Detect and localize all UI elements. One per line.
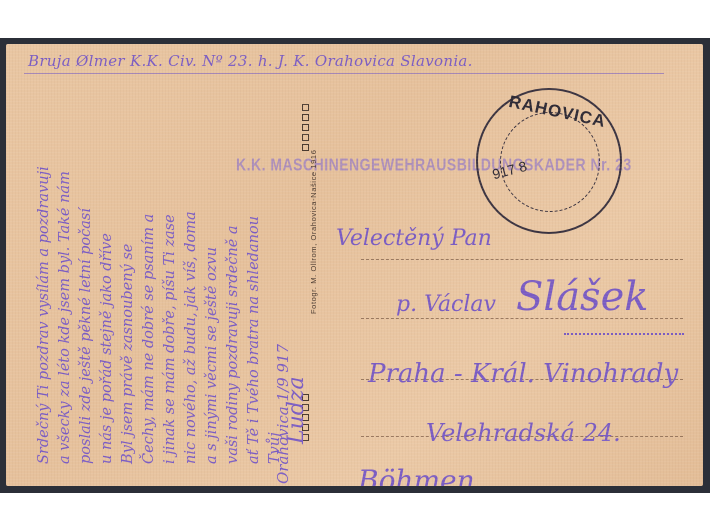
address-street: Velehradská 24. xyxy=(426,419,621,447)
message-line: nic nového, až budu, jak víš, doma xyxy=(181,84,202,464)
address-recipient-surname: Slášek xyxy=(516,274,648,320)
message-line: Byl jsem právě zasnoubený se xyxy=(118,84,139,464)
message-line: Srdečný Ti pozdrav vysílám a pozdravuji xyxy=(34,84,55,464)
message-line: i jinak se mám dobře, píšu Ti zase xyxy=(160,84,181,464)
message-body: Srdečný Ti pozdrav vysílám a pozdravuji … xyxy=(34,84,294,464)
surname-underline xyxy=(564,330,684,335)
sender-line: Bruja Ølmer K.K. Civ. Nº 23. h. J. K. Or… xyxy=(28,52,473,70)
postmark: RAHOVICA 917 8 xyxy=(476,88,622,234)
address-salutation: Velectěný Pan xyxy=(336,226,492,251)
message-line: ať Tě i Tvého bratra na shledanou xyxy=(244,84,265,464)
address-country: Böhmen xyxy=(358,464,475,486)
message-signature: Ludza xyxy=(286,84,307,464)
message-line: vaši rodiny pozdravuji srdečně a xyxy=(223,84,244,464)
printer-imprint: Fotogr. M. Ollrom, Orahovica-Našice 1916 xyxy=(309,150,318,314)
message-line: a s jinými věcmi se ještě ozvu xyxy=(202,84,223,464)
message-line: Čechy, mám ne dobré se psaním a xyxy=(139,84,160,464)
sender-underline xyxy=(24,73,664,74)
message-line: u nás je pořád stejně jako dříve xyxy=(97,84,118,464)
address-city: Praha - Král. Vinohrady xyxy=(368,359,678,389)
address-recipient-first: p. Václav xyxy=(396,292,496,317)
message-line: a všecky za léto kde jsem byl. Také nám xyxy=(55,84,76,464)
message-line: Tvůj xyxy=(265,84,286,464)
message-line: poslali zde ještě pěkné letní počasí xyxy=(76,84,97,464)
address-rule xyxy=(361,259,683,260)
postcard: Bruja Ølmer K.K. Civ. Nº 23. h. J. K. Or… xyxy=(6,44,703,486)
